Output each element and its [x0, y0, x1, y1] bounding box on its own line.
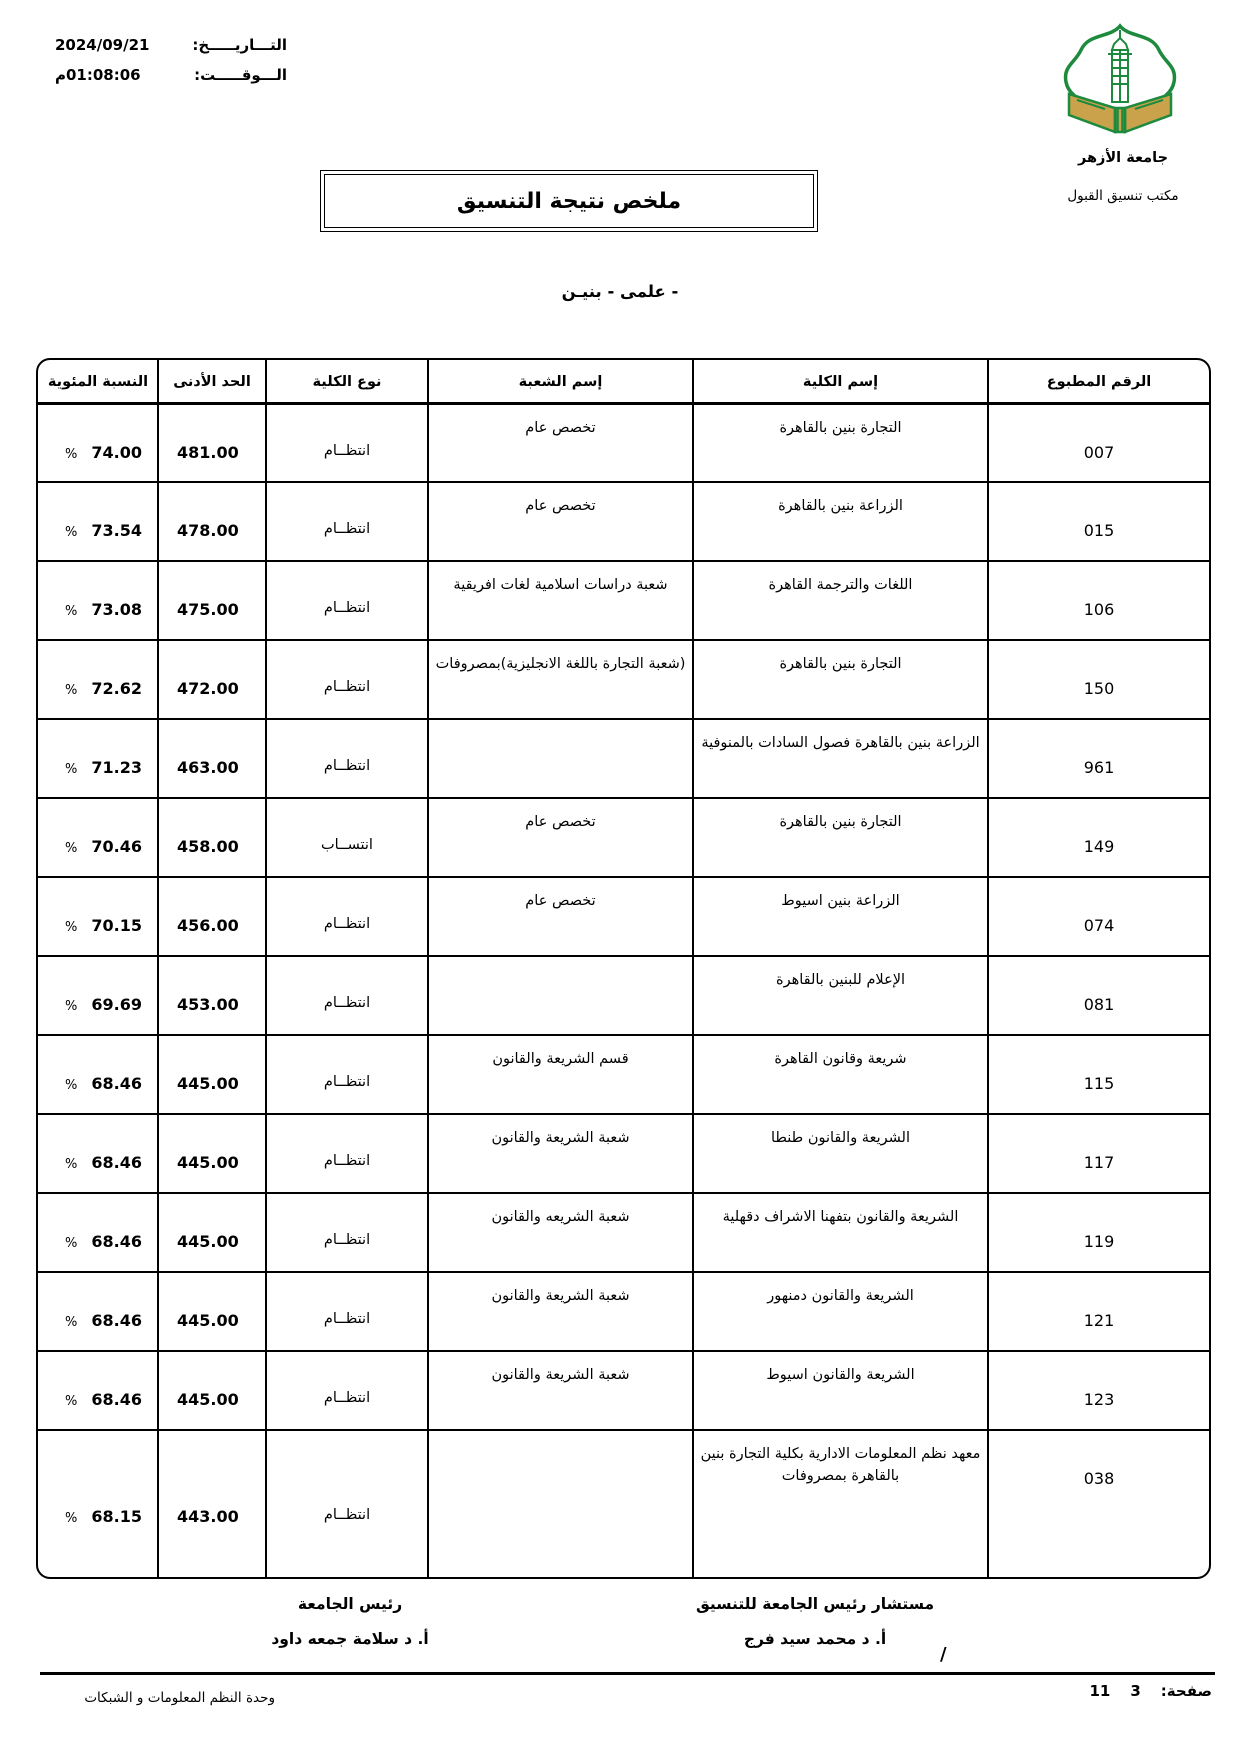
percentage-cell: % 68.46: [39, 1194, 157, 1271]
percent-symbol: %: [65, 1230, 77, 1254]
printed-number-cell: 081: [987, 957, 1209, 1034]
college-name-cell: التجارة بنين بالقاهرة: [692, 405, 987, 481]
branch-name-cell: شعبة الشريعة والقانون: [427, 1352, 692, 1429]
college-type-cell: انتظــام: [265, 957, 427, 1034]
table-row: 115 شريعة وقانون القاهرة قسم الشريعة وال…: [38, 1034, 1209, 1113]
college-name-cell: الشريعة والقانون طنطا: [692, 1115, 987, 1192]
percentage-cell: % 68.46: [39, 1273, 157, 1350]
document-page: التـــاريـــــخ: 2024/09/21 الـــوقـــــ…: [0, 0, 1240, 1753]
min-score-cell: 445.00: [157, 1273, 265, 1350]
header-college-type: نوع الكلية: [265, 360, 427, 402]
table-row: 081 الإعلام للبنين بالقاهرة انتظــام 453…: [38, 955, 1209, 1034]
college-name-cell: التجارة بنين بالقاهرة: [692, 641, 987, 718]
results-table: الرقم المطبوع إسم الكلية إسم الشعبة نوع …: [36, 358, 1211, 1579]
report-title: ملخص نتيجة التنسيق: [457, 189, 681, 214]
college-type-cell: انتظــام: [265, 483, 427, 560]
percentage-value: 74.00: [91, 441, 142, 465]
percent-symbol: %: [65, 756, 77, 780]
percentage-value: 68.46: [91, 1388, 142, 1412]
header-percentage: النسبة المئوية: [39, 360, 157, 402]
college-type-cell: انتظــام: [265, 1273, 427, 1350]
college-type-cell: انتظــام: [265, 641, 427, 718]
university-president-name: أ. د سلامة جمعه داود: [195, 1630, 505, 1648]
time-label: الـــوقـــــت:: [194, 66, 287, 84]
college-type-cell: انتظــام: [265, 878, 427, 955]
percentage-cell: % 68.15: [39, 1431, 157, 1577]
header-college-name: إسم الكلية: [692, 360, 987, 402]
percentage-cell: % 74.00: [39, 405, 157, 481]
percentage-value: 73.54: [91, 519, 142, 543]
min-score-cell: 481.00: [157, 405, 265, 481]
coordination-advisor-title: مستشار رئيس الجامعة للتنسيق: [640, 1595, 990, 1613]
min-score-cell: 445.00: [157, 1194, 265, 1271]
min-score-cell: 445.00: [157, 1115, 265, 1192]
date-row: التـــاريـــــخ: 2024/09/21: [55, 30, 287, 60]
percentage-cell: % 72.62: [39, 641, 157, 718]
branch-name-cell: تخصص عام: [427, 878, 692, 955]
time-value: 01:08:06م: [55, 66, 141, 84]
min-score-cell: 475.00: [157, 562, 265, 639]
report-title-inner-border: ملخص نتيجة التنسيق: [324, 174, 814, 228]
page-indicator: صفحة: 3 11: [1040, 1682, 1212, 1700]
percentage-cell: % 73.54: [39, 483, 157, 560]
percentage-value: 68.46: [91, 1151, 142, 1175]
percent-symbol: %: [65, 835, 77, 859]
branch-name-cell: [427, 957, 692, 1034]
min-score-cell: 458.00: [157, 799, 265, 876]
coordination-advisor-name: أ. د محمد سيد فرج: [640, 1630, 990, 1648]
branch-name-cell: (شعبة التجارة باللغة الانجليزية)بمصروفات: [427, 641, 692, 718]
college-type-cell: انتظــام: [265, 1115, 427, 1192]
college-name-cell: التجارة بنين بالقاهرة: [692, 799, 987, 876]
university-president-title: رئيس الجامعة: [195, 1595, 505, 1613]
min-score-cell: 445.00: [157, 1352, 265, 1429]
percentage-cell: % 69.69: [39, 957, 157, 1034]
college-type-cell: انتظــام: [265, 1036, 427, 1113]
college-type-cell: انتظــام: [265, 1194, 427, 1271]
college-name-cell: الإعلام للبنين بالقاهرة: [692, 957, 987, 1034]
percentage-cell: % 68.46: [39, 1115, 157, 1192]
college-name-cell: اللغات والترجمة القاهرة: [692, 562, 987, 639]
table-row: 007 التجارة بنين بالقاهرة تخصص عام انتظـ…: [38, 402, 1209, 481]
college-name-cell: الزراعة بنين اسيوط: [692, 878, 987, 955]
branch-name-cell: [427, 720, 692, 797]
date-value: 2024/09/21: [55, 36, 149, 54]
branch-name-cell: شعبة الشريعة والقانون: [427, 1115, 692, 1192]
percent-symbol: %: [65, 598, 77, 622]
it-unit-name: وحدة النظم المعلومات و الشبكات: [15, 1690, 275, 1706]
percentage-value: 69.69: [91, 993, 142, 1017]
table-row: 074 الزراعة بنين اسيوط تخصص عام انتظــام…: [38, 876, 1209, 955]
percent-symbol: %: [65, 1072, 77, 1096]
printed-number-cell: 106: [987, 562, 1209, 639]
percent-symbol: %: [65, 441, 77, 465]
college-type-cell: انتظــام: [265, 1431, 427, 1577]
printed-number-cell: 038: [987, 1431, 1209, 1577]
header-branch-name: إسم الشعبة: [427, 360, 692, 402]
university-name: جامعة الأزهر: [1048, 150, 1198, 166]
report-title-box: ملخص نتيجة التنسيق: [320, 170, 818, 232]
page-label: صفحة:: [1161, 1682, 1212, 1700]
date-slash-placeholder: /: [940, 1644, 947, 1665]
percent-symbol: %: [65, 1505, 77, 1529]
percentage-value: 68.15: [91, 1505, 142, 1529]
min-score-cell: 443.00: [157, 1431, 265, 1577]
branch-name-cell: شعبة دراسات اسلامية لغات افريقية: [427, 562, 692, 639]
college-name-cell: الزراعة بنين بالقاهرة فصول السادات بالمن…: [692, 720, 987, 797]
college-type-cell: انتظــام: [265, 1352, 427, 1429]
percentage-value: 68.46: [91, 1309, 142, 1333]
printed-number-cell: 074: [987, 878, 1209, 955]
printed-number-cell: 121: [987, 1273, 1209, 1350]
percentage-cell: % 68.46: [39, 1352, 157, 1429]
table-row: 150 التجارة بنين بالقاهرة (شعبة التجارة …: [38, 639, 1209, 718]
college-name-cell: الشريعة والقانون بتفهنا الاشراف دقهلية: [692, 1194, 987, 1271]
table-row: 038 معهد نظم المعلومات الادارية بكلية ال…: [38, 1429, 1209, 1577]
branch-name-cell: شعبة الشريعة والقانون: [427, 1273, 692, 1350]
percentage-value: 71.23: [91, 756, 142, 780]
table-row: 015 الزراعة بنين بالقاهرة تخصص عام انتظـ…: [38, 481, 1209, 560]
percentage-cell: % 70.46: [39, 799, 157, 876]
header-minimum-score: الحد الأدنى: [157, 360, 265, 402]
table-row: 117 الشريعة والقانون طنطا شعبة الشريعة و…: [38, 1113, 1209, 1192]
percent-symbol: %: [65, 993, 77, 1017]
table-row: 106 اللغات والترجمة القاهرة شعبة دراسات …: [38, 560, 1209, 639]
min-score-cell: 445.00: [157, 1036, 265, 1113]
min-score-cell: 456.00: [157, 878, 265, 955]
branch-name-cell: قسم الشريعة والقانون: [427, 1036, 692, 1113]
percentage-value: 68.46: [91, 1072, 142, 1096]
admissions-office-name: مكتب تنسيق القبول: [1040, 188, 1206, 204]
percentage-value: 70.46: [91, 835, 142, 859]
percent-symbol: %: [65, 677, 77, 701]
table-row: 119 الشريعة والقانون بتفهنا الاشراف دقهل…: [38, 1192, 1209, 1271]
branch-name-cell: [427, 1431, 692, 1577]
printed-number-cell: 119: [987, 1194, 1209, 1271]
percentage-cell: % 68.46: [39, 1036, 157, 1113]
report-subtitle: - علمى - بنيـن: [0, 282, 1240, 301]
min-score-cell: 472.00: [157, 641, 265, 718]
date-label: التـــاريـــــخ:: [192, 36, 287, 54]
percentage-value: 73.08: [91, 598, 142, 622]
table-row: 121 الشريعة والقانون دمنهور شعبة الشريعة…: [38, 1271, 1209, 1350]
branch-name-cell: شعبة الشريعه والقانون: [427, 1194, 692, 1271]
page-current: 3: [1130, 1682, 1140, 1700]
printed-number-cell: 117: [987, 1115, 1209, 1192]
table-row: 123 الشريعة والقانون اسيوط شعبة الشريعة …: [38, 1350, 1209, 1429]
footer-divider: [40, 1672, 1215, 1675]
percent-symbol: %: [65, 1151, 77, 1175]
college-name-cell: الشريعة والقانون اسيوط: [692, 1352, 987, 1429]
percent-symbol: %: [65, 914, 77, 938]
printed-number-cell: 123: [987, 1352, 1209, 1429]
printed-number-cell: 150: [987, 641, 1209, 718]
table-row: 961 الزراعة بنين بالقاهرة فصول السادات ب…: [38, 718, 1209, 797]
time-row: الـــوقـــــت: 01:08:06م: [55, 60, 287, 90]
percent-symbol: %: [65, 1388, 77, 1412]
college-type-cell: انتظــام: [265, 405, 427, 481]
college-name-cell: الزراعة بنين بالقاهرة: [692, 483, 987, 560]
branch-name-cell: تخصص عام: [427, 799, 692, 876]
table-row: 149 التجارة بنين بالقاهرة تخصص عام انتسـ…: [38, 797, 1209, 876]
percentage-cell: % 70.15: [39, 878, 157, 955]
page-total: 11: [1089, 1682, 1110, 1700]
percentage-cell: % 73.08: [39, 562, 157, 639]
min-score-cell: 453.00: [157, 957, 265, 1034]
printed-number-cell: 149: [987, 799, 1209, 876]
percentage-cell: % 71.23: [39, 720, 157, 797]
printed-number-cell: 015: [987, 483, 1209, 560]
min-score-cell: 478.00: [157, 483, 265, 560]
college-type-cell: انتظــام: [265, 720, 427, 797]
min-score-cell: 463.00: [157, 720, 265, 797]
percentage-value: 68.46: [91, 1230, 142, 1254]
percent-symbol: %: [65, 519, 77, 543]
percentage-value: 72.62: [91, 677, 142, 701]
university-logo-icon: [1053, 20, 1187, 148]
college-name-cell: شريعة وقانون القاهرة: [692, 1036, 987, 1113]
percent-symbol: %: [65, 1309, 77, 1333]
college-name-cell: معهد نظم المعلومات الادارية بكلية التجار…: [692, 1431, 987, 1577]
branch-name-cell: تخصص عام: [427, 405, 692, 481]
college-type-cell: انتظــام: [265, 562, 427, 639]
printed-number-cell: 007: [987, 405, 1209, 481]
branch-name-cell: تخصص عام: [427, 483, 692, 560]
college-type-cell: انتســاب: [265, 799, 427, 876]
header-printed-number: الرقم المطبوع: [987, 360, 1209, 402]
college-name-cell: الشريعة والقانون دمنهور: [692, 1273, 987, 1350]
percentage-value: 70.15: [91, 914, 142, 938]
date-time-block: التـــاريـــــخ: 2024/09/21 الـــوقـــــ…: [55, 30, 287, 90]
printed-number-cell: 961: [987, 720, 1209, 797]
printed-number-cell: 115: [987, 1036, 1209, 1113]
table-header-row: الرقم المطبوع إسم الكلية إسم الشعبة نوع …: [38, 360, 1209, 402]
